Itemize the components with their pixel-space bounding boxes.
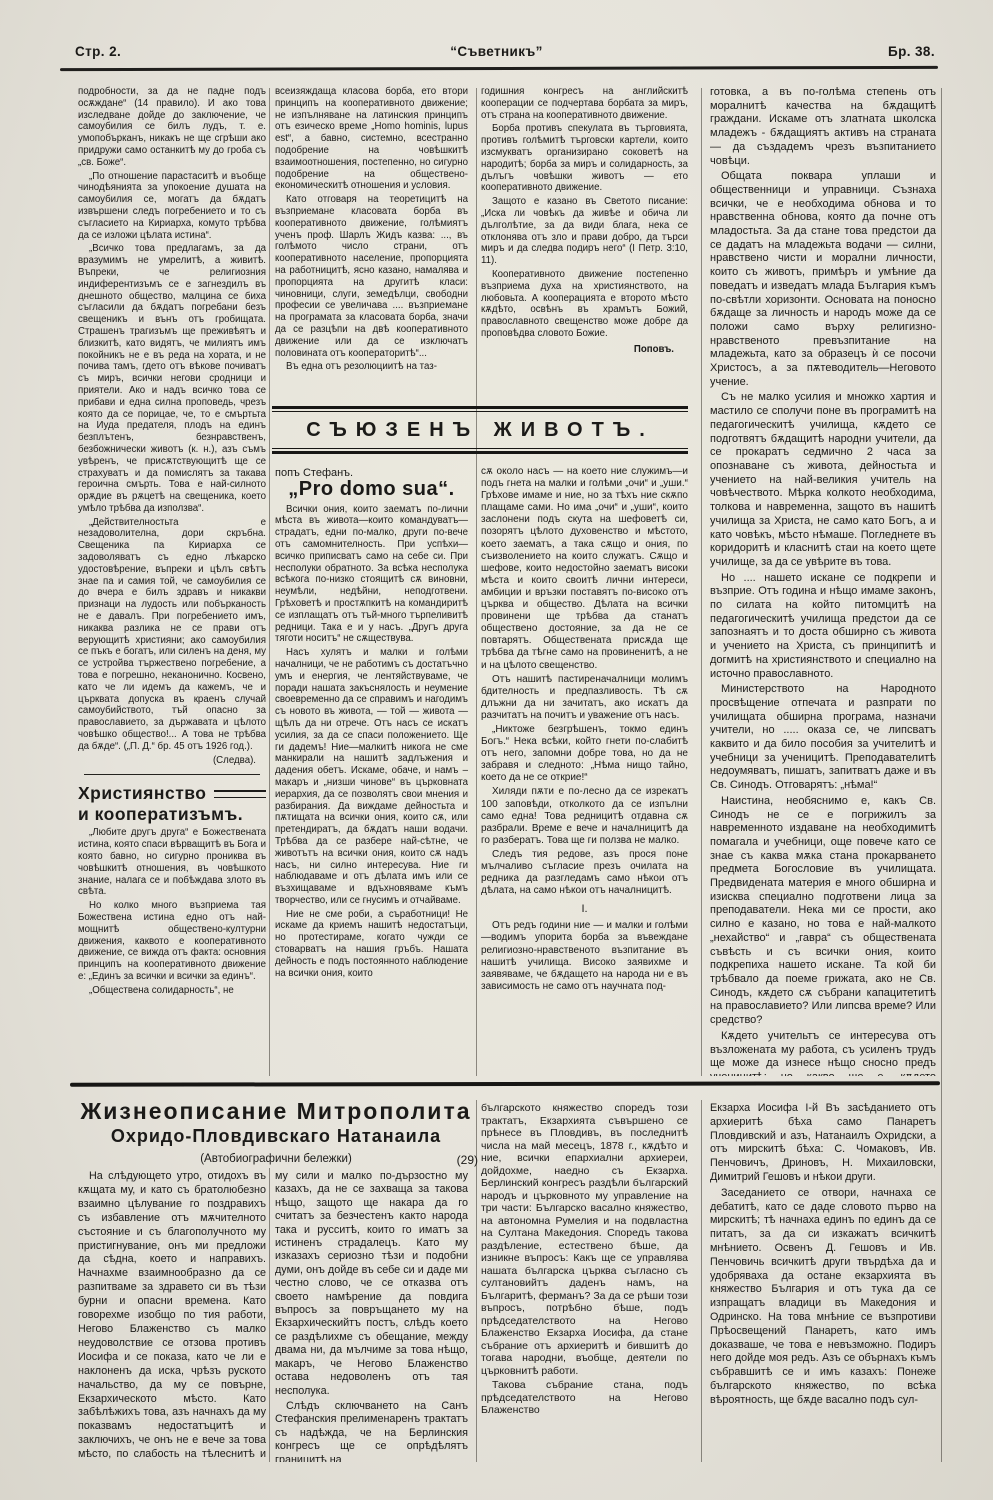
coop-article-heading: Християнство и кооператизъмъ. [78, 783, 266, 825]
paragraph: всеизяждаща класова борба, ето втори при… [275, 86, 468, 192]
paragraph: подробности, за да не падне подъ осѫждан… [78, 86, 266, 169]
installment-number: (29) [457, 1153, 478, 1167]
column-3-lower: сѫ около насъ — на което ние служимъ—и п… [481, 466, 688, 1076]
band-rule-thin [272, 448, 688, 449]
issue-number: Бр. 38. [888, 44, 935, 59]
paragraph: Министерството на Народното просвѣщение … [710, 683, 936, 793]
band-rule-thin [272, 411, 688, 412]
biography-subtitle-row: (Автобиографични бележки) (29) [72, 1153, 480, 1165]
paragraph: Защото е казано въ Светото писание: „Иск… [481, 196, 688, 267]
union-life-section-header: СЪЮЗЕНЪ ЖИВОТЪ. [272, 406, 688, 454]
paragraph: Борба противъ спекулата въ търговията, п… [481, 123, 688, 194]
coop-heading-line1: Християнство [78, 783, 206, 804]
bottom-column-3: българското княжество споредъ този тракт… [481, 1102, 688, 1462]
biography-title-line1: Жизнеописание Митрополита [72, 1098, 480, 1124]
paragraph: „Всичко това предлагамъ, за да вразумимъ… [78, 243, 266, 514]
page-edge-rule [941, 88, 942, 1462]
paragraph: Общата поквара уплаши и общественници и … [710, 170, 936, 389]
biography-section-header: Жизнеописание Митрополита Охридо-Пловдив… [72, 1098, 480, 1165]
paragraph: сѫ около насъ — на което ние служимъ—и п… [481, 466, 688, 672]
to-be-continued: (Следва). [78, 755, 266, 767]
paragraph: Отъ редъ години ние — и малки и голѣми—в… [481, 920, 688, 993]
paragraph: Следъ тия редове, азъ прося поне мълчали… [481, 849, 688, 897]
paragraph: Всички ония, които заематъ по-лични мѣст… [275, 504, 468, 646]
paragraph: На слѣдующето утро, отидохъ въ кѫщата му… [78, 1170, 266, 1462]
column-3-upper: годишния конгресъ на английскитѣ коопера… [481, 86, 688, 404]
bottom-column-4: Екзарха Иосифа I-й Въ засѣданието отъ ар… [710, 1102, 936, 1462]
paragraph: Но колко много възприема тая Божествена … [78, 900, 266, 983]
band-rule-thick [272, 406, 688, 409]
coop-heading-line2: и кооператизъмъ. [78, 804, 266, 825]
paragraph: Слѣдъ сключването на Санъ Стефанския пре… [275, 1400, 468, 1462]
column-divider [701, 88, 702, 1076]
bottom-column-1: На слѣдующето утро, отидохъ въ кѫщата му… [78, 1170, 266, 1462]
paragraph: Съ не малко усилия и множко хартия и мас… [710, 391, 936, 569]
paragraph: „Обществена солидарность“, не [78, 985, 266, 997]
column-2-lower: попъ Стефанъ. „Pro domo sua“. Всички они… [275, 466, 468, 1076]
paragraph: Но .... нашето искане се подкрепи и възп… [710, 572, 936, 682]
biography-subtitle: (Автобиографични бележки) [200, 1153, 352, 1165]
paragraph: българското княжество споредъ този тракт… [481, 1102, 688, 1377]
newspaper-title: “Съветникъ” [0, 44, 993, 59]
column-divider [701, 1100, 702, 1462]
column-1: подробности, за да не падне подъ осѫждан… [78, 86, 266, 1076]
heading-flourish-rule [214, 790, 266, 798]
paragraph: Отъ нашитѣ пастиреначалници молимъ бдите… [481, 674, 688, 722]
paragraph: Ние не сме роби, а съработници! Не искам… [275, 909, 468, 980]
author-signature: Поповъ. [481, 344, 688, 356]
paragraph: Кооперативното движение постепенно възпр… [481, 269, 688, 340]
section-separator-rule [70, 1081, 940, 1086]
paragraph: Като отговаря на теоретицитѣ на възприем… [275, 194, 468, 359]
section-title: СЪЮЗЕНЪ ЖИВОТЪ. [272, 419, 688, 442]
paragraph: Насъ хулятъ и малки и голѣми началници, … [275, 647, 468, 907]
paragraph: Наистина, необяснимо е, какъ Св. Синодъ … [710, 795, 936, 1028]
column-divider [269, 88, 270, 1076]
column-divider [476, 88, 477, 1076]
band-rule-thick [272, 451, 688, 454]
paragraph: Екзарха Иосифа I-й Въ засѣданието отъ ар… [710, 1102, 936, 1185]
paragraph: „Действителностьта е незадоволителна, до… [78, 517, 266, 753]
column-divider [269, 1168, 270, 1462]
paragraph: Въ една отъ резолюциитѣ на таз- [275, 361, 468, 373]
column-2-upper: всеизяждаща класова борба, ето втори при… [275, 86, 468, 404]
paragraph: Кѫдето учительтъ се интересува отъ възло… [710, 1030, 936, 1076]
bottom-column-2: му сили и малко по-дързостно му казахъ, … [275, 1170, 468, 1462]
paragraph: готовка, а въ по-голѣма степень отъ мора… [710, 86, 936, 168]
newspaper-page: Стр. 2. “Съветникъ” Бр. 38. подробности,… [0, 0, 993, 1500]
paragraph: Хиляди пѫти е по-лесно да се изрекатъ 10… [481, 786, 688, 846]
paragraph: „Никтоже безгрѣшенъ, токмо единъ Богъ.“ … [481, 724, 688, 784]
article-title: „Pro domo sua“. [275, 484, 468, 496]
article-divider-rule [84, 774, 260, 775]
paragraph: годишния конгресъ на английскитѣ коопера… [481, 86, 688, 121]
masthead-rule [60, 66, 938, 71]
paragraph: „Любите другъ друга“ е Божествената исти… [78, 827, 266, 898]
chapter-numeral: I. [481, 903, 688, 915]
paragraph: Такова събрание стана, подъ прѣдседателс… [481, 1379, 688, 1417]
column-4: готовка, а въ по-голѣма степень отъ мора… [710, 86, 936, 1076]
paragraph: „По отношение парастаситѣ и въобще чинод… [78, 171, 266, 242]
paragraph: му сили и малко по-дързостно му казахъ, … [275, 1170, 468, 1398]
biography-title-line2: Охридо-Пловдивскаго Натанаила [72, 1124, 480, 1148]
paragraph: Заседанието се отвори, начнаха се дебати… [710, 1187, 936, 1408]
